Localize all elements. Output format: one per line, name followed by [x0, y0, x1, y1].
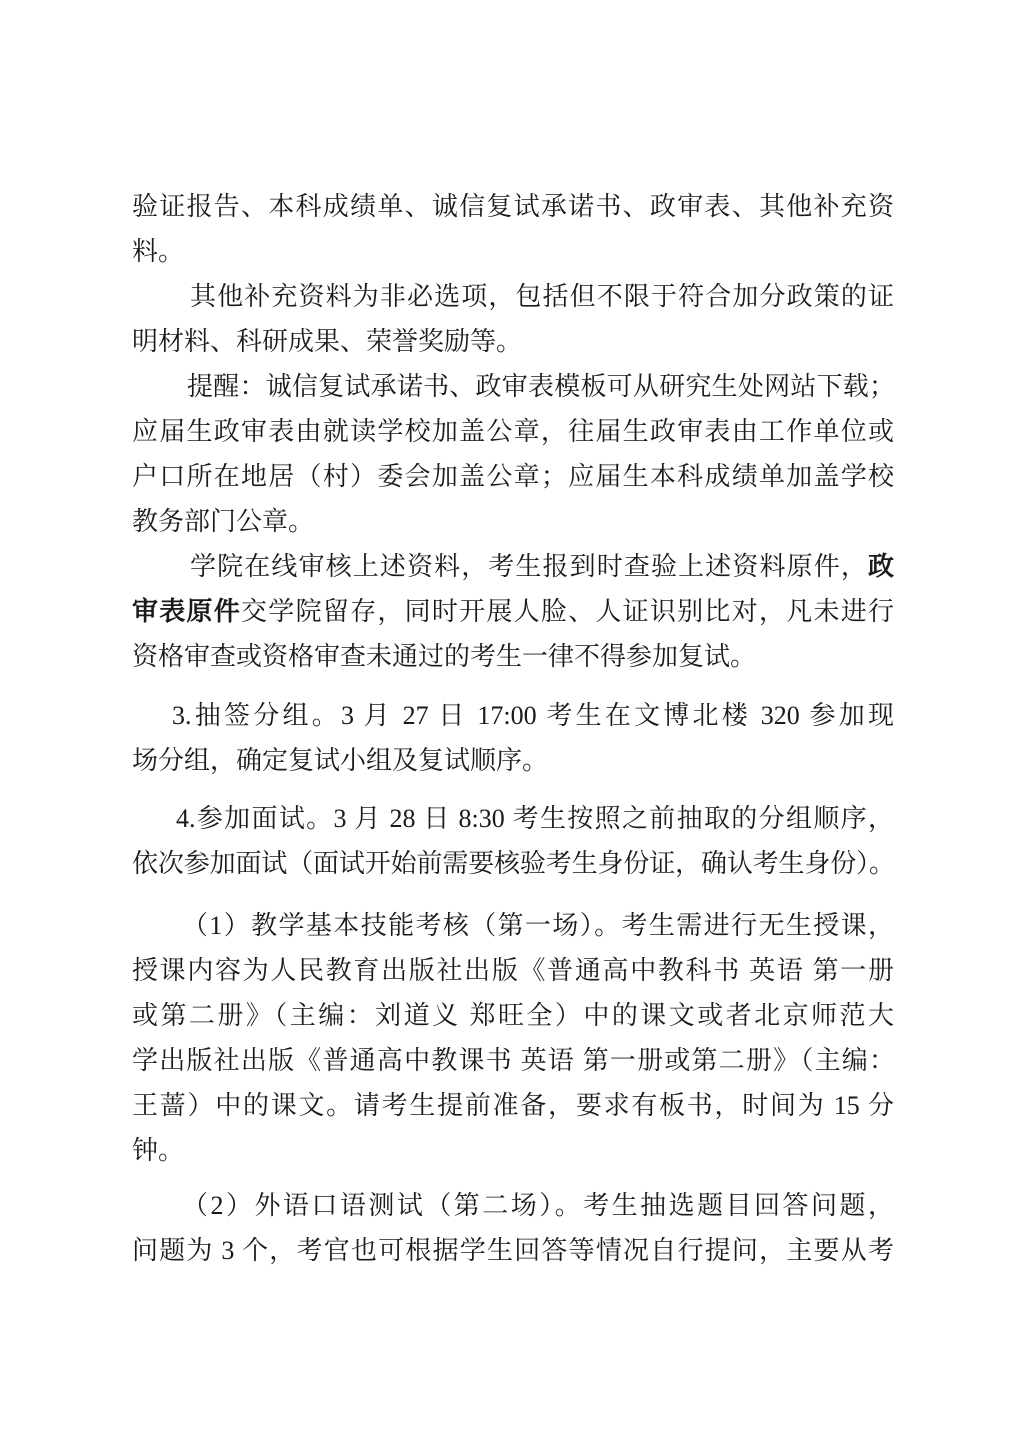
text-line: 户口所在地居（村）委会加盖公章；应届生本科成绩单加盖学校 — [132, 454, 894, 499]
text-run: 教务部门公章。 — [132, 507, 314, 536]
text-line: 资格审查或资格审查未通过的考生一律不得参加复试。 — [132, 634, 894, 679]
text-line: （1）教学基本技能考核（第一场）。考生需进行无生授课， — [132, 903, 894, 948]
bold-text-run: 政 — [868, 552, 894, 581]
text-line: 验证报告、本科成绩单、诚信复试承诺书、政审表、其他补充资 — [132, 184, 894, 229]
text-run: 问题为 3 个，考官也可根据学生回答等情况自行提问，主要从考 — [132, 1236, 894, 1265]
text-line: 3.抽签分组。3 月 27 日 17:00 考生在文博北楼 320 参加现 — [132, 693, 894, 738]
text-line: 学出版社出版《普通高中教课书 英语 第一册或第二册》（主编： — [132, 1038, 894, 1083]
text-line: 问题为 3 个，考官也可根据学生回答等情况自行提问，主要从考 — [132, 1228, 894, 1273]
text-line: 王蔷）中的课文。请考生提前准备，要求有板书，时间为 15 分 — [132, 1083, 894, 1128]
text-run: （1）教学基本技能考核（第一场）。考生需进行无生授课， — [182, 911, 894, 940]
text-line: （2）外语口语测试（第二场）。考生抽选题目回答问题， — [132, 1183, 894, 1228]
text-run: 场分组，确定复试小组及复试顺序。 — [132, 746, 548, 775]
text-run: 钟。 — [132, 1136, 184, 1165]
text-line: 钟。 — [132, 1128, 894, 1173]
text-line: 提醒：诚信复试承诺书、政审表模板可从研究生处网站下载； — [132, 364, 894, 409]
text-run: 其他补充资料为非必选项，包括但不限于符合加分政策的证 — [190, 282, 894, 311]
text-run: 4.参加面试。3 月 28 日 8:30 考生按照之前抽取的分组顺序， — [176, 804, 894, 833]
text-line: 应届生政审表由就读学校加盖公章，往届生政审表由工作单位或 — [132, 409, 894, 454]
text-line: 学院在线审核上述资料，考生报到时查验上述资料原件，政 — [132, 544, 894, 589]
text-run: 料。 — [132, 237, 184, 266]
text-run: 交学院留存，同时开展人脸、人证识别比对，凡未进行 — [241, 597, 894, 626]
text-line: 场分组，确定复试小组及复试顺序。 — [132, 738, 894, 783]
text-run: 授课内容为人民教育出版社出版《普通高中教科书 英语 第一册 — [132, 956, 894, 985]
document-page: 验证报告、本科成绩单、诚信复试承诺书、政审表、其他补充资料。其他补充资料为非必选… — [0, 0, 1024, 1448]
text-run: 资格审查或资格审查未通过的考生一律不得参加复试。 — [132, 642, 756, 671]
text-line: 授课内容为人民教育出版社出版《普通高中教科书 英语 第一册 — [132, 948, 894, 993]
text-run: 或第二册》（主编：刘道义 郑旺全）中的课文或者北京师范大 — [132, 1001, 894, 1030]
text-run: 明材料、科研成果、荣誉奖励等。 — [132, 327, 522, 356]
bold-text-run: 审表原件 — [132, 597, 241, 626]
text-line: 或第二册》（主编：刘道义 郑旺全）中的课文或者北京师范大 — [132, 993, 894, 1038]
text-run: 王蔷）中的课文。请考生提前准备，要求有板书，时间为 15 分 — [132, 1091, 894, 1120]
text-line: 料。 — [132, 229, 894, 274]
text-line: 明材料、科研成果、荣誉奖励等。 — [132, 319, 894, 364]
text-run: 依次参加面试（面试开始前需要核验考生身份证，确认考生身份）。 — [132, 849, 894, 878]
text-run: 3.抽签分组。3 月 27 日 17:00 考生在文博北楼 320 参加现 — [172, 701, 894, 730]
text-run: 提醒：诚信复试承诺书、政审表模板可从研究生处网站下载； — [187, 372, 894, 401]
text-run: 户口所在地居（村）委会加盖公章；应届生本科成绩单加盖学校 — [132, 462, 894, 491]
text-run: 验证报告、本科成绩单、诚信复试承诺书、政审表、其他补充资 — [132, 192, 894, 221]
text-run: 学院在线审核上述资料，考生报到时查验上述资料原件， — [190, 552, 868, 581]
text-line: 4.参加面试。3 月 28 日 8:30 考生按照之前抽取的分组顺序， — [132, 796, 894, 841]
text-line: 审表原件交学院留存，同时开展人脸、人证识别比对，凡未进行 — [132, 589, 894, 634]
text-line: 依次参加面试（面试开始前需要核验考生身份证，确认考生身份）。 — [132, 841, 894, 886]
text-block: 验证报告、本科成绩单、诚信复试承诺书、政审表、其他补充资料。其他补充资料为非必选… — [132, 184, 894, 1273]
text-run: 学出版社出版《普通高中教课书 英语 第一册或第二册》（主编： — [132, 1046, 894, 1075]
text-line: 其他补充资料为非必选项，包括但不限于符合加分政策的证 — [132, 274, 894, 319]
text-run: 应届生政审表由就读学校加盖公章，往届生政审表由工作单位或 — [132, 417, 894, 446]
text-line: 教务部门公章。 — [132, 499, 894, 544]
text-run: （2）外语口语测试（第二场）。考生抽选题目回答问题， — [182, 1191, 894, 1220]
